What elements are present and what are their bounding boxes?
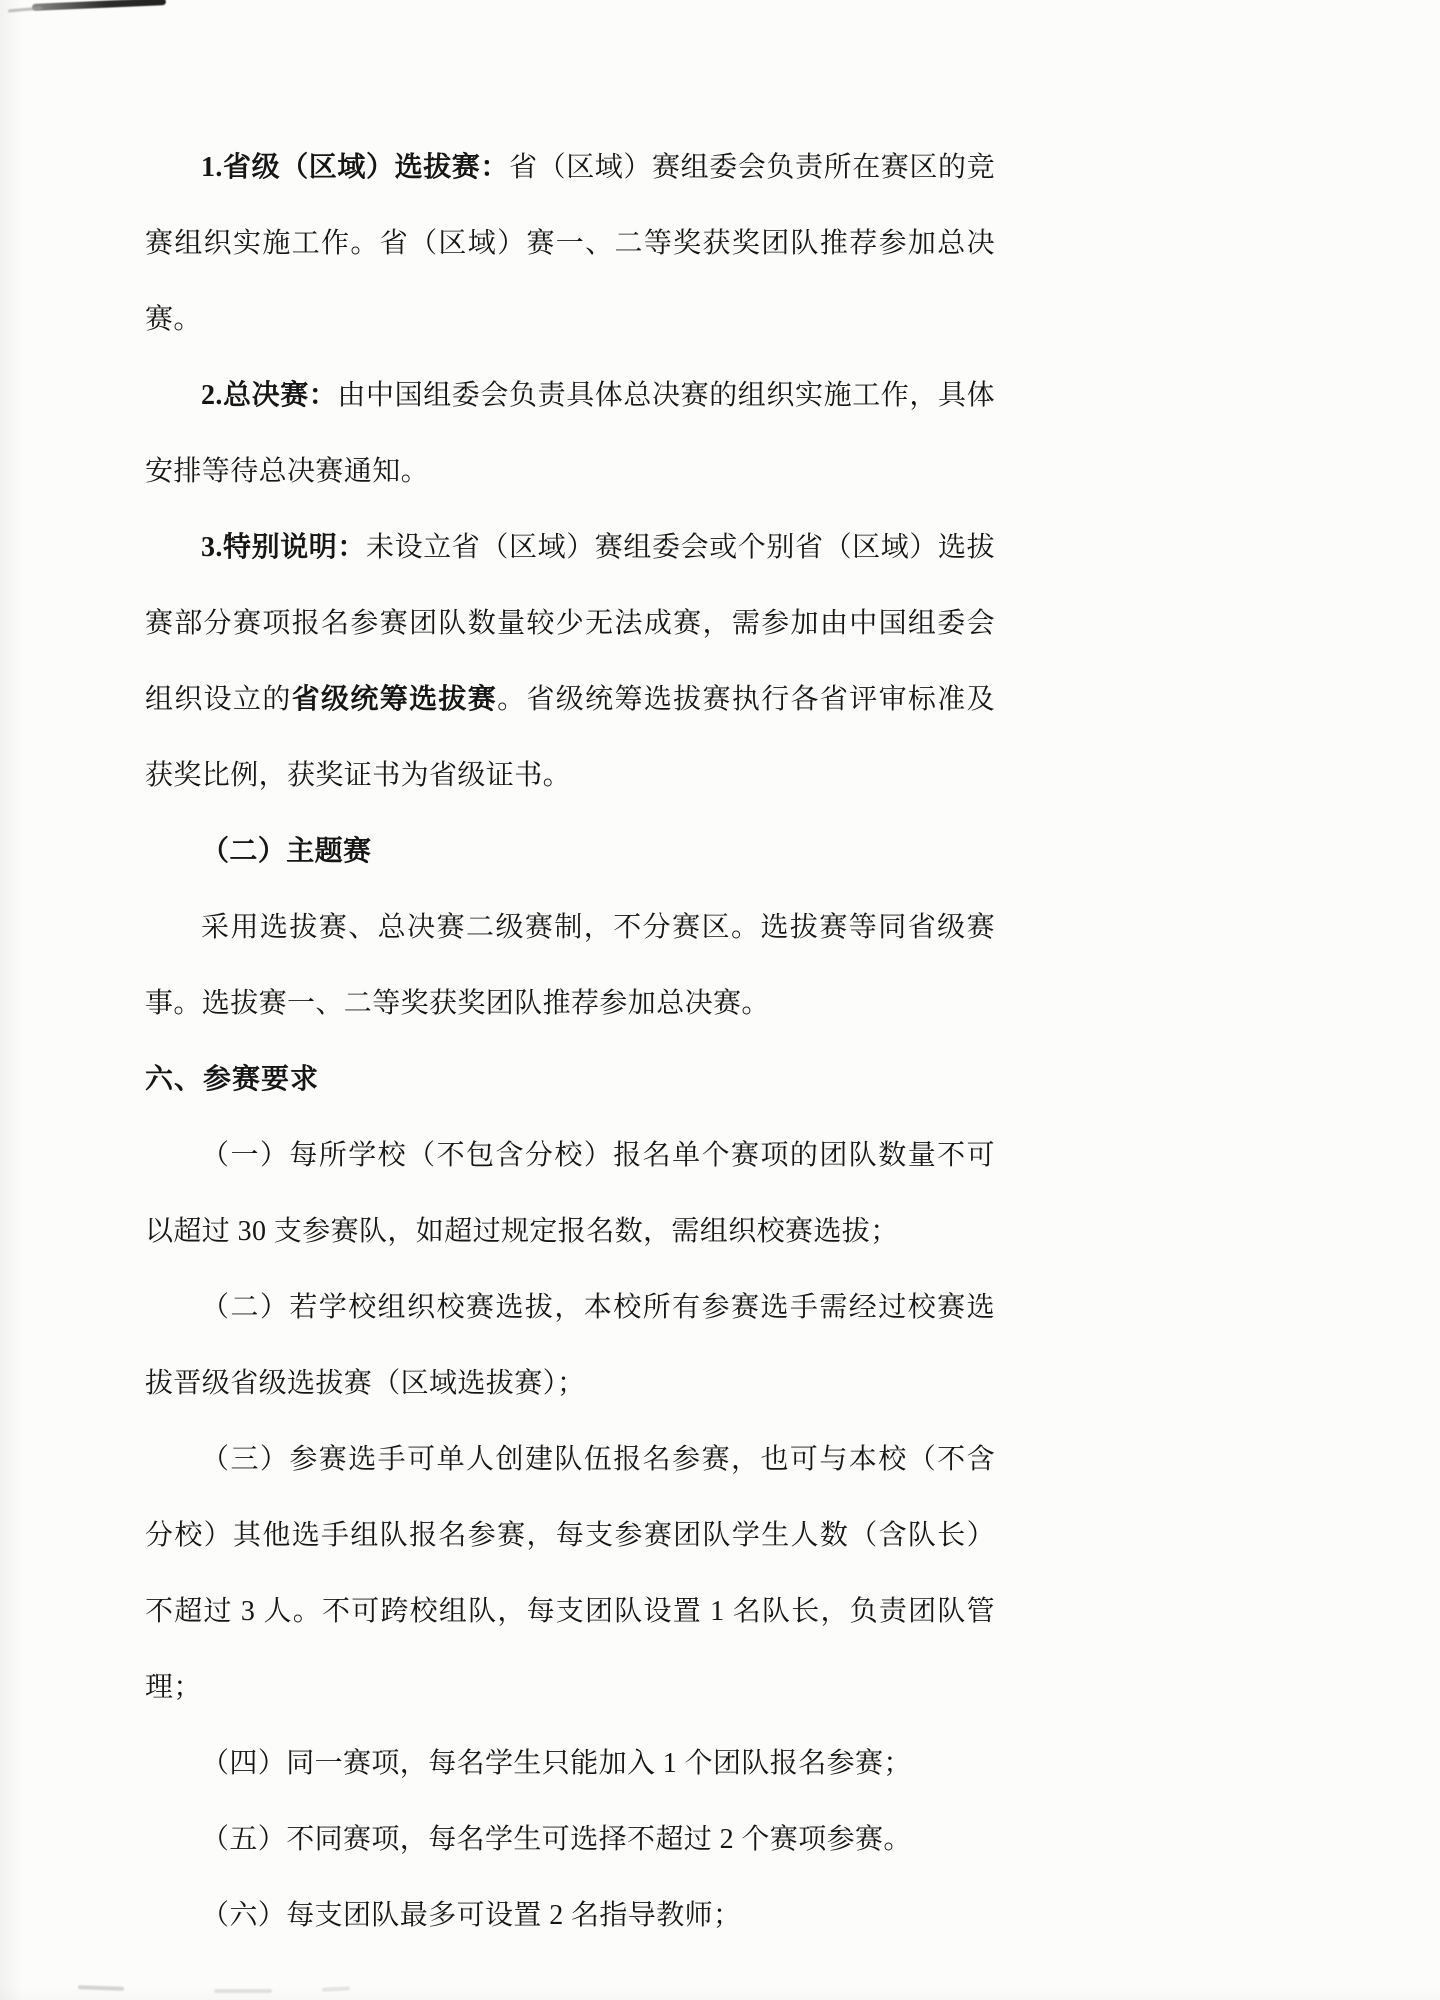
para-requirement-2-run-0: （二）若学校组织校赛选拔，本校所有参赛选手需经过校赛选拔晋级省级选拔赛（区域选拔…: [145, 1292, 995, 1399]
para-provincial-regional-selection: 1.省级（区域）选拔赛：省（区域）赛组委会负责所在赛区的竞赛组织实施工作。省（区…: [145, 130, 995, 358]
para-requirement-5: （五）不同赛项，每名学生可选择不超过 2 个赛项参赛。: [145, 1802, 995, 1878]
para-requirement-1: （一）每所学校（不包含分校）报名单个赛项的团队数量不可以超过 30 支参赛队，如…: [145, 1118, 995, 1270]
para-requirement-3-run-0: （三）参赛选手可单人创建队伍报名参赛，也可与本校（不含分校）其他选手组队报名参赛…: [145, 1444, 995, 1703]
para-requirement-3: （三）参赛选手可单人创建队伍报名参赛，也可与本校（不含分校）其他选手组队报名参赛…: [145, 1422, 995, 1726]
heading-participation-requirements: 六、参赛要求: [145, 1042, 995, 1118]
scan-ink-smudge-top-left: [32, 0, 166, 11]
heading-participation-requirements-run-0: 六、参赛要求: [145, 1064, 319, 1095]
scan-mark-bottom-left: [322, 1986, 350, 1991]
para-theme-competition-run-0: 采用选拔赛、总决赛二级赛制，不分赛区。选拔赛等同省级赛事。选拔赛一、二等奖获奖团…: [145, 912, 995, 1019]
scan-mark-bottom-left: [214, 1989, 272, 1993]
para-grand-final-run-0: 2.总决赛：: [201, 380, 337, 411]
scan-speck-top-left: [8, 7, 42, 13]
scanned-document-page: 1.省级（区域）选拔赛：省（区域）赛组委会负责所在赛区的竞赛组织实施工作。省（区…: [0, 0, 1440, 2000]
scan-mark-bottom-left: [78, 1985, 124, 1991]
para-provincial-regional-selection-run-0: 1.省级（区域）选拔赛：: [201, 152, 509, 183]
para-requirement-4-run-0: （四）同一赛项，每名学生只能加入 1 个团队报名参赛；: [201, 1748, 912, 1779]
para-special-note-run-0: 3.特别说明：: [201, 532, 366, 563]
document-content: 1.省级（区域）选拔赛：省（区域）赛组委会负责所在赛区的竞赛组织实施工作。省（区…: [145, 130, 995, 1954]
para-grand-final: 2.总决赛：由中国组委会负责具体总决赛的组织实施工作，具体安排等待总决赛通知。: [145, 358, 995, 510]
para-theme-competition: 采用选拔赛、总决赛二级赛制，不分赛区。选拔赛等同省级赛事。选拔赛一、二等奖获奖团…: [145, 890, 995, 1042]
para-special-note-run-2: 省级统筹选拔赛: [292, 684, 497, 715]
heading-theme-competition-run-0: （二）主题赛: [201, 836, 371, 867]
para-requirement-2: （二）若学校组织校赛选拔，本校所有参赛选手需经过校赛选拔晋级省级选拔赛（区域选拔…: [145, 1270, 995, 1422]
para-requirement-1-run-0: （一）每所学校（不包含分校）报名单个赛项的团队数量不可以超过 30 支参赛队，如…: [145, 1140, 995, 1247]
para-requirement-6: （六）每支团队最多可设置 2 名指导教师；: [145, 1878, 995, 1954]
heading-theme-competition: （二）主题赛: [145, 814, 995, 890]
para-requirement-6-run-0: （六）每支团队最多可设置 2 名指导教师；: [201, 1900, 741, 1931]
para-requirement-5-run-0: （五）不同赛项，每名学生可选择不超过 2 个赛项参赛。: [201, 1824, 912, 1855]
para-requirement-4: （四）同一赛项，每名学生只能加入 1 个团队报名参赛；: [145, 1726, 995, 1802]
para-special-note: 3.特别说明：未设立省（区域）赛组委会或个别省（区域）选拔赛部分赛项报名参赛团队…: [145, 510, 995, 814]
